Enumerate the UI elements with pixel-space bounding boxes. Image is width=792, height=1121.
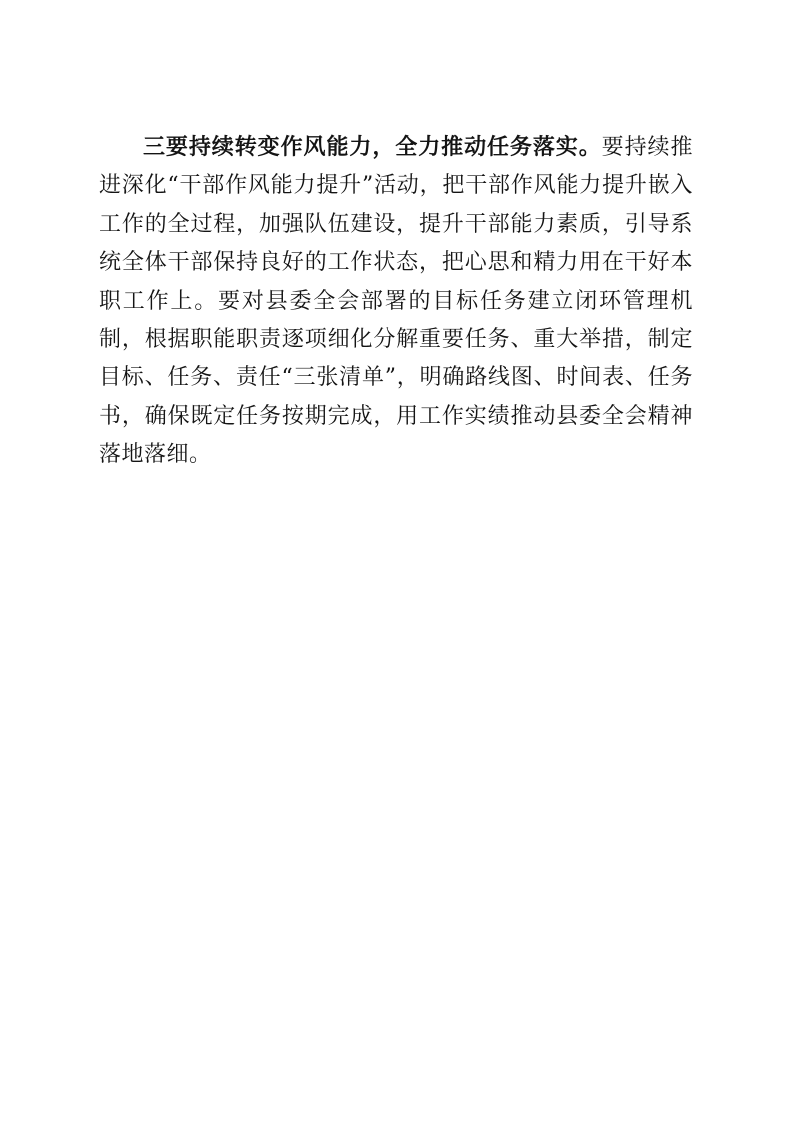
paragraph-lead-bold: 三要持续转变作风能力，全力推动任务落实。 bbox=[143, 134, 602, 160]
paragraph: 三要持续转变作风能力，全力推动任务落实。要持续推进深化“干部作风能力提升”活动，… bbox=[99, 128, 693, 475]
paragraph-body-text: 要持续推进深化“干部作风能力提升”活动，把干部作风能力提升嵌入工作的全过程，加强… bbox=[99, 135, 693, 467]
document-page: 三要持续转变作风能力，全力推动任务落实。要持续推进深化“干部作风能力提升”活动，… bbox=[0, 0, 792, 1121]
